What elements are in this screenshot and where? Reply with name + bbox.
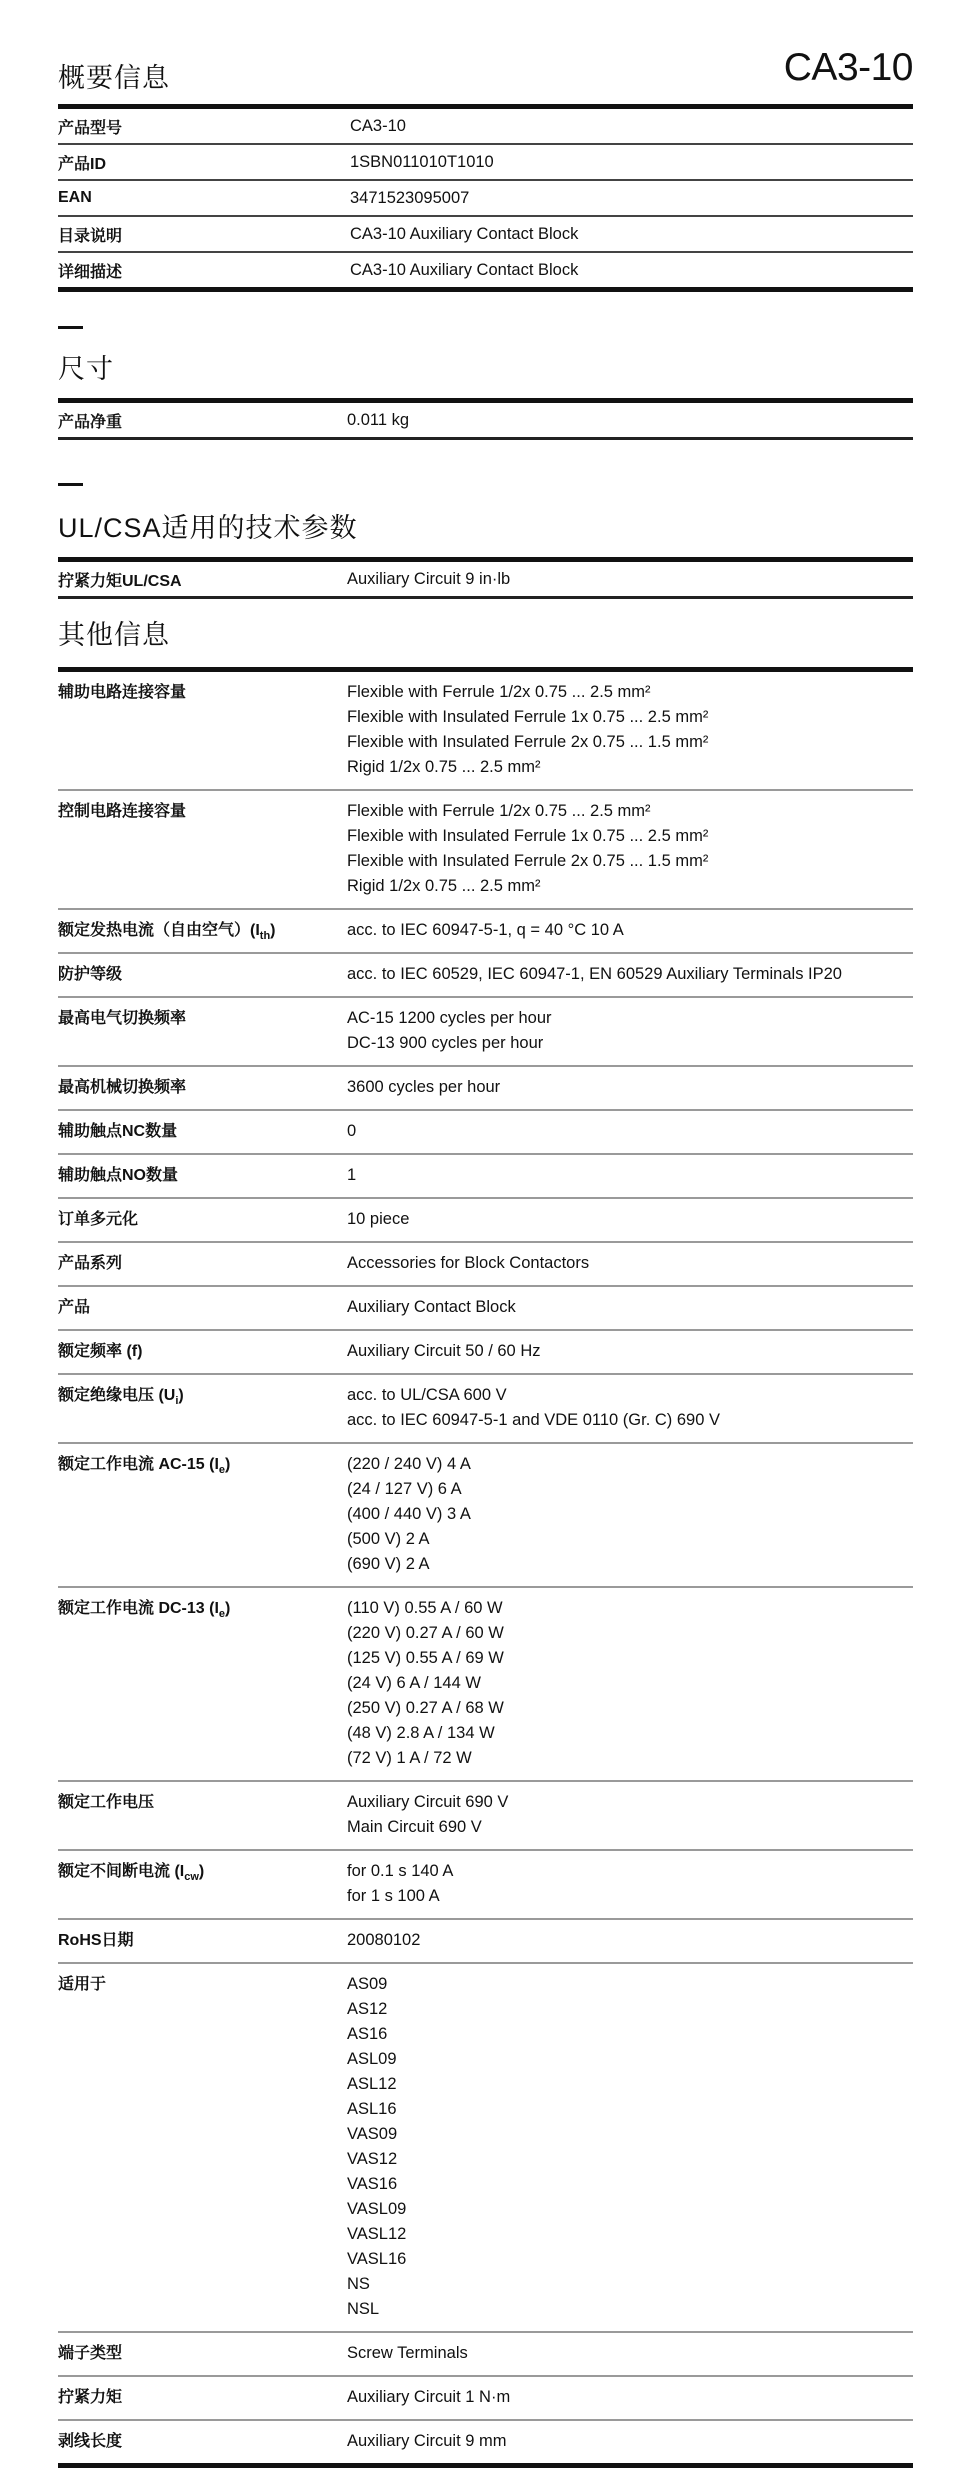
row-value: Flexible with Ferrule 1/2x 0.75 ... 2.5 … [347, 799, 913, 899]
value-line: (24 / 127 V) 6 A [347, 1477, 913, 1502]
page-title: 概要信息 [58, 56, 170, 95]
row-value: 10 piece [347, 1207, 913, 1232]
row-value: 3471523095007 [350, 189, 913, 208]
row-label-text: 订单多元化 [58, 1211, 138, 1228]
table-row: 额定发热电流（自由空气）(Ith)acc. to IEC 60947-5-1, … [58, 910, 913, 954]
row-label: 适用于 [58, 1972, 347, 1997]
row-label-text: 最高电气切换频率 [58, 1010, 186, 1027]
value-line: Rigid 1/2x 0.75 ... 2.5 mm² [347, 755, 913, 780]
value-line: Rigid 1/2x 0.75 ... 2.5 mm² [347, 874, 913, 899]
table-row: 额定不间断电流 (Icw)for 0.1 s 140 Afor 1 s 100 … [58, 1851, 913, 1920]
section-title-other: 其他信息 [58, 619, 913, 651]
row-label-text: 额定不间断电流 (I [58, 1863, 184, 1880]
value-line: for 1 s 100 A [347, 1884, 913, 1909]
value-line: (500 V) 2 A [347, 1527, 913, 1552]
row-label: 额定发热电流（自由空气）(Ith) [58, 918, 347, 943]
value-line: (250 V) 0.27 A / 68 W [347, 1696, 913, 1721]
row-label-text: RoHS日期 [58, 1932, 134, 1949]
value-line: Flexible with Insulated Ferrule 2x 0.75 … [347, 849, 913, 874]
ul-csa-table: 拧紧力矩UL/CSA Auxiliary Circuit 9 in·lb [58, 557, 913, 599]
table-row: 产品型号 CA3-10 [58, 109, 913, 145]
table-row: 拧紧力矩Auxiliary Circuit 1 N·m [58, 2377, 913, 2421]
value-line: (220 V) 0.27 A / 60 W [347, 1621, 913, 1646]
value-line: (24 V) 6 A / 144 W [347, 1671, 913, 1696]
table-row: 控制电路连接容量Flexible with Ferrule 1/2x 0.75 … [58, 791, 913, 910]
row-label-subscript: cw [184, 1871, 199, 1883]
value-line: acc. to IEC 60529, IEC 60947-1, EN 60529… [347, 962, 913, 987]
value-line: VAS09 [347, 2122, 913, 2147]
row-label-suffix: ) [270, 922, 275, 939]
row-label-subscript: th [260, 930, 270, 942]
overview-table: 产品型号 CA3-10 产品ID 1SBN011010T1010 EAN 347… [58, 104, 913, 292]
value-line: VASL12 [347, 2222, 913, 2247]
value-line: (48 V) 2.8 A / 134 W [347, 1721, 913, 1746]
value-line: VAS16 [347, 2172, 913, 2197]
row-label-suffix: ) [225, 1456, 230, 1473]
row-value: Auxiliary Circuit 50 / 60 Hz [347, 1339, 913, 1364]
other-info-table: 辅助电路连接容量Flexible with Ferrule 1/2x 0.75 … [58, 667, 913, 2468]
row-label-text: 额定频率 (f) [58, 1343, 142, 1360]
value-line: Flexible with Insulated Ferrule 1x 0.75 … [347, 705, 913, 730]
section-title-ul-csa: UL/CSA适用的技术参数 [58, 512, 913, 544]
row-label-text: 额定工作电流 DC-13 (I [58, 1600, 219, 1617]
value-line: AS12 [347, 1997, 913, 2022]
row-label-text: 剥线长度 [58, 2433, 122, 2450]
row-label: 最高机械切换频率 [58, 1075, 347, 1100]
table-row: 端子类型Screw Terminals [58, 2333, 913, 2377]
value-line: 20080102 [347, 1928, 913, 1953]
value-line: DC-13 900 cycles per hour [347, 1031, 913, 1056]
value-line: (72 V) 1 A / 72 W [347, 1746, 913, 1771]
row-label: 产品净重 [58, 409, 347, 432]
row-value: (110 V) 0.55 A / 60 W(220 V) 0.27 A / 60… [347, 1596, 913, 1771]
row-value: CA3-10 Auxiliary Contact Block [350, 261, 913, 280]
value-line: 1 [347, 1163, 913, 1188]
row-label-suffix: ) [178, 1387, 183, 1404]
table-row: 额定频率 (f)Auxiliary Circuit 50 / 60 Hz [58, 1331, 913, 1375]
row-label: 拧紧力矩 [58, 2385, 347, 2410]
value-line: Main Circuit 690 V [347, 1815, 913, 1840]
value-line: AS09 [347, 1972, 913, 1997]
table-row: 辅助触点NC数量0 [58, 1111, 913, 1155]
row-label-suffix: ) [199, 1863, 204, 1880]
row-label-text: 额定工作电流 AC-15 (I [58, 1456, 219, 1473]
row-label: 辅助电路连接容量 [58, 680, 347, 705]
row-label-text: 拧紧力矩 [58, 2389, 122, 2406]
value-line: ASL09 [347, 2047, 913, 2072]
value-line: Screw Terminals [347, 2341, 913, 2366]
value-line: VAS12 [347, 2147, 913, 2172]
row-label-text: 产品 [58, 1299, 90, 1316]
row-value: (220 / 240 V) 4 A(24 / 127 V) 6 A(400 / … [347, 1452, 913, 1577]
value-line: AS16 [347, 2022, 913, 2047]
row-value: CA3-10 [350, 117, 913, 136]
row-label: 辅助触点NO数量 [58, 1163, 347, 1188]
value-line: (110 V) 0.55 A / 60 W [347, 1596, 913, 1621]
table-row: 适用于AS09AS12AS16ASL09ASL12ASL16VAS09VAS12… [58, 1964, 913, 2333]
table-row: 最高机械切换频率3600 cycles per hour [58, 1067, 913, 1111]
row-label: 额定频率 (f) [58, 1339, 347, 1364]
row-value: Screw Terminals [347, 2341, 913, 2366]
table-row: 产品净重 0.011 kg [58, 403, 913, 440]
value-line: acc. to UL/CSA 600 V [347, 1383, 913, 1408]
row-label-text: 防护等级 [58, 966, 122, 983]
value-line: NSL [347, 2297, 913, 2322]
value-line: Auxiliary Contact Block [347, 1295, 913, 1320]
row-label-text: 产品系列 [58, 1255, 122, 1272]
table-row: 拧紧力矩UL/CSA Auxiliary Circuit 9 in·lb [58, 562, 913, 599]
value-line: 10 piece [347, 1207, 913, 1232]
row-label-text: 端子类型 [58, 2345, 122, 2362]
product-datasheet: 概要信息 CA3-10 产品型号 CA3-10 产品ID 1SBN011010T… [58, 0, 913, 2468]
row-label: 剥线长度 [58, 2429, 347, 2454]
row-label-text: 辅助触点NO数量 [58, 1167, 178, 1184]
row-label: 额定工作电流 DC-13 (Ie) [58, 1596, 347, 1621]
table-row: 产品ID 1SBN011010T1010 [58, 145, 913, 181]
row-label: 详细描述 [58, 259, 350, 282]
product-code-heading: CA3-10 [784, 46, 913, 90]
value-line: Auxiliary Circuit 50 / 60 Hz [347, 1339, 913, 1364]
value-line: (690 V) 2 A [347, 1552, 913, 1577]
table-row: 辅助触点NO数量1 [58, 1155, 913, 1199]
row-value: CA3-10 Auxiliary Contact Block [350, 225, 913, 244]
row-label-text: 额定工作电压 [58, 1794, 154, 1811]
row-value: AC-15 1200 cycles per hourDC-13 900 cycl… [347, 1006, 913, 1056]
row-label: 产品系列 [58, 1251, 347, 1276]
value-line: Auxiliary Circuit 690 V [347, 1790, 913, 1815]
row-label: 辅助触点NC数量 [58, 1119, 347, 1144]
value-line: (125 V) 0.55 A / 69 W [347, 1646, 913, 1671]
row-value: Auxiliary Contact Block [347, 1295, 913, 1320]
row-label: 最高电气切换频率 [58, 1006, 347, 1031]
row-value: AS09AS12AS16ASL09ASL12ASL16VAS09VAS12VAS… [347, 1972, 913, 2322]
table-row: 额定工作电压Auxiliary Circuit 690 VMain Circui… [58, 1782, 913, 1851]
row-label: EAN [58, 189, 350, 207]
row-value: 1 [347, 1163, 913, 1188]
row-value: for 0.1 s 140 Afor 1 s 100 A [347, 1859, 913, 1909]
row-label: 额定工作电流 AC-15 (Ie) [58, 1452, 347, 1477]
table-row: 剥线长度Auxiliary Circuit 9 mm [58, 2421, 913, 2468]
value-line: ASL12 [347, 2072, 913, 2097]
table-row: 订单多元化10 piece [58, 1199, 913, 1243]
value-line: (400 / 440 V) 3 A [347, 1502, 913, 1527]
row-label: 防护等级 [58, 962, 347, 987]
row-label-text: 最高机械切换频率 [58, 1079, 186, 1096]
value-line: 3600 cycles per hour [347, 1075, 913, 1100]
row-value: Auxiliary Circuit 1 N·m [347, 2385, 913, 2410]
row-label: 产品型号 [58, 115, 350, 138]
row-label-text: 辅助电路连接容量 [58, 684, 186, 701]
row-label: 拧紧力矩UL/CSA [58, 568, 347, 591]
row-value: Auxiliary Circuit 690 VMain Circuit 690 … [347, 1790, 913, 1840]
table-row: 辅助电路连接容量Flexible with Ferrule 1/2x 0.75 … [58, 672, 913, 791]
row-label: 额定绝缘电压 (Ui) [58, 1383, 347, 1408]
row-label: 控制电路连接容量 [58, 799, 347, 824]
row-label-text: 额定绝缘电压 (U [58, 1387, 175, 1404]
table-row: 额定绝缘电压 (Ui)acc. to UL/CSA 600 Vacc. to I… [58, 1375, 913, 1444]
table-row: 详细描述 CA3-10 Auxiliary Contact Block [58, 253, 913, 292]
row-value: Flexible with Ferrule 1/2x 0.75 ... 2.5 … [347, 680, 913, 780]
row-label: 产品 [58, 1295, 347, 1320]
value-line: acc. to IEC 60947-5-1, q = 40 °C 10 A [347, 918, 913, 943]
table-row: RoHS日期20080102 [58, 1920, 913, 1964]
table-row: 产品Auxiliary Contact Block [58, 1287, 913, 1331]
row-value: 20080102 [347, 1928, 913, 1953]
row-value: Auxiliary Circuit 9 mm [347, 2429, 913, 2454]
value-line: Accessories for Block Contactors [347, 1251, 913, 1276]
row-label: 订单多元化 [58, 1207, 347, 1232]
row-label-text: 控制电路连接容量 [58, 803, 186, 820]
datasheet-header: 概要信息 CA3-10 [58, 0, 913, 104]
row-label-suffix: ) [225, 1600, 230, 1617]
table-row: 最高电气切换频率AC-15 1200 cycles per hourDC-13 … [58, 998, 913, 1067]
value-line: Flexible with Ferrule 1/2x 0.75 ... 2.5 … [347, 680, 913, 705]
row-label: 目录说明 [58, 223, 350, 246]
row-value: acc. to UL/CSA 600 Vacc. to IEC 60947-5-… [347, 1383, 913, 1433]
table-row: 防护等级acc. to IEC 60529, IEC 60947-1, EN 6… [58, 954, 913, 998]
value-line: Flexible with Insulated Ferrule 2x 0.75 … [347, 730, 913, 755]
row-label-text: 适用于 [58, 1976, 106, 1993]
row-label: 额定工作电压 [58, 1790, 347, 1815]
table-row: 额定工作电流 DC-13 (Ie)(110 V) 0.55 A / 60 W(2… [58, 1588, 913, 1782]
row-label: 端子类型 [58, 2341, 347, 2366]
value-line: Auxiliary Circuit 1 N·m [347, 2385, 913, 2410]
table-row: 目录说明 CA3-10 Auxiliary Contact Block [58, 217, 913, 253]
dimensions-table: 产品净重 0.011 kg [58, 398, 913, 440]
row-label: 额定不间断电流 (Icw) [58, 1859, 347, 1884]
row-value: acc. to IEC 60947-5-1, q = 40 °C 10 A [347, 918, 913, 943]
value-line: (220 / 240 V) 4 A [347, 1452, 913, 1477]
row-value: acc. to IEC 60529, IEC 60947-1, EN 60529… [347, 962, 913, 987]
row-value: 0 [347, 1119, 913, 1144]
row-value: 1SBN011010T1010 [350, 153, 913, 172]
row-value: Accessories for Block Contactors [347, 1251, 913, 1276]
table-row: 产品系列Accessories for Block Contactors [58, 1243, 913, 1287]
value-line: acc. to IEC 60947-5-1 and VDE 0110 (Gr. … [347, 1408, 913, 1433]
row-label-text: 辅助触点NC数量 [58, 1123, 177, 1140]
value-line: NS [347, 2272, 913, 2297]
table-row: EAN 3471523095007 [58, 181, 913, 217]
value-line: Flexible with Ferrule 1/2x 0.75 ... 2.5 … [347, 799, 913, 824]
value-line: VASL09 [347, 2197, 913, 2222]
row-value: 3600 cycles per hour [347, 1075, 913, 1100]
section-title-dimensions: 尺寸 [58, 353, 913, 385]
value-line: ASL16 [347, 2097, 913, 2122]
value-line: VASL16 [347, 2247, 913, 2272]
value-line: for 0.1 s 140 A [347, 1859, 913, 1884]
row-label: 产品ID [58, 151, 350, 174]
value-line: Flexible with Insulated Ferrule 1x 0.75 … [347, 824, 913, 849]
value-line: AC-15 1200 cycles per hour [347, 1006, 913, 1031]
value-line: 0 [347, 1119, 913, 1144]
row-value: Auxiliary Circuit 9 in·lb [347, 570, 913, 589]
row-value: 0.011 kg [347, 411, 913, 430]
row-label-text: 额定发热电流（自由空气）(I [58, 922, 260, 939]
table-row: 额定工作电流 AC-15 (Ie)(220 / 240 V) 4 A(24 / … [58, 1444, 913, 1588]
row-label: RoHS日期 [58, 1928, 347, 1953]
value-line: Auxiliary Circuit 9 mm [347, 2429, 913, 2454]
